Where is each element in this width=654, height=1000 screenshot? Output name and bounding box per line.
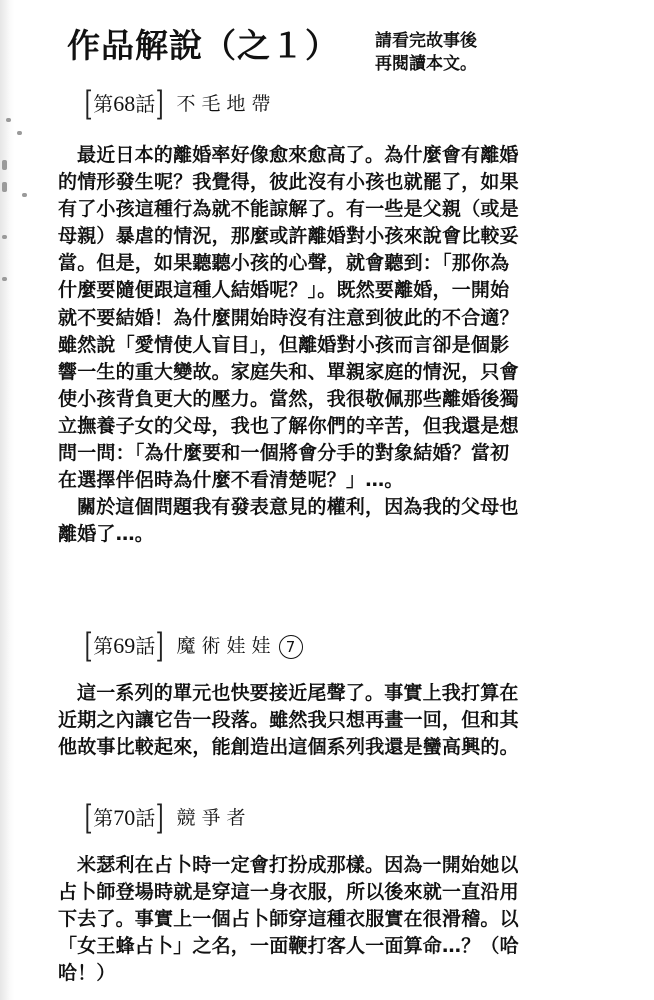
scan-speck [2, 160, 7, 170]
episode-prefix: 第 [93, 636, 113, 658]
text-line: 立撫養子女的父母，我也了解你們的辛苦，但我還是想 [39, 413, 583, 440]
episode-68-body: 最近日本的離婚率好像愈來愈高了。為什麼會有離婚 的情形發生呢？我覺得，彼此沒有小… [58, 142, 583, 548]
episode-number: 70 [113, 805, 135, 830]
text-line: 關於這個問題我有發表意見的權利，因為我的父母也 [58, 494, 583, 521]
episode-suffix: 話 [135, 808, 155, 830]
episode-69-heading: [ 第69話 ] 魔術娃娃7 [82, 628, 303, 664]
bracket-open: [ [85, 628, 93, 664]
bracket-open: [ [85, 800, 93, 836]
episode-label: 第70話 [93, 800, 155, 837]
episode-suffix: 話 [135, 636, 155, 658]
text-line: 有了小孩這種行為就不能諒解了。有一些是父親（或是 [39, 196, 583, 223]
text-line: 近期之內讓它告一段落。雖然我只想再畫一回，但和其 [39, 707, 583, 734]
bracket-close: ] [156, 628, 164, 664]
paragraph: 這一系列的單元也快要接近尾聲了。事實上我打算在 近期之內讓它告一段落。雖然我只想… [58, 680, 583, 761]
text-line: 在選擇伴侶時為什麼不看清楚呢？」…。 [39, 467, 583, 494]
scan-speck [17, 131, 22, 135]
text-line: 他故事比較起來，能創造出這個系列我還是蠻高興的。 [39, 734, 583, 761]
text-line: 哈！） [39, 960, 583, 987]
bracket-close: ] [156, 86, 164, 122]
scan-speck [6, 118, 11, 122]
text-line: 雖然說「愛情使人盲目」，但離婚對小孩而言卻是個影 [39, 332, 583, 359]
text-line: 的情形發生呢？我覺得，彼此沒有小孩也就罷了，如果 [39, 169, 583, 196]
text-line: 當。但是，如果聽聽小孩的心聲，就會聽到：「那你為 [39, 250, 583, 277]
episode-title: 魔術娃娃7 [177, 628, 303, 664]
episode-suffix: 話 [135, 94, 155, 116]
text-line: 響一生的重大變故。家庭失和、單親家庭的情況，只會 [39, 359, 583, 386]
paragraph: 最近日本的離婚率好像愈來愈高了。為什麼會有離婚 的情形發生呢？我覺得，彼此沒有小… [58, 142, 583, 494]
text-line: 占卜師登場時就是穿這一身衣服，所以後來就一直沿用 [39, 879, 583, 906]
text-line: 什麼要隨便跟這種人結婚呢？」。既然要離婚，一開始 [39, 277, 583, 304]
text-line: 母親）暴虐的情況，那麼或許離婚對小孩來說會比較妥 [39, 223, 583, 250]
text-line: 問一問：「為什麼要和一個將會分手的對象結婚？當初 [39, 440, 583, 467]
scan-speck [22, 193, 27, 197]
page-header: 作品解說（之１） 請看完故事後 再閱讀本文。 [67, 24, 477, 76]
text-line: 下去了。事實上一個占卜師穿這種衣服實在很滑稽。以 [39, 906, 583, 933]
scan-speck [2, 277, 7, 281]
episode-label: 第69話 [93, 628, 155, 665]
page-binding-edge [0, 0, 14, 1000]
scan-speck [2, 235, 7, 239]
episode-70-body: 米瑟利在占卜時一定會打扮成那樣。因為一開始她以 占卜師登場時就是穿這一身衣服，所… [58, 852, 583, 987]
reading-note-line-2: 再閱讀本文。 [375, 53, 477, 76]
episode-69-body: 這一系列的單元也快要接近尾聲了。事實上我打算在 近期之內讓它告一段落。雖然我只想… [58, 680, 583, 761]
episode-prefix: 第 [93, 94, 113, 116]
text-line: 「女王蜂占卜」之名，一面鞭打客人一面算命…？（哈 [39, 933, 583, 960]
episode-prefix: 第 [93, 808, 113, 830]
episode-number: 68 [113, 91, 135, 116]
episode-title: 競爭者 [177, 800, 252, 836]
episode-title: 不毛地帶 [177, 86, 277, 122]
paragraph: 米瑟利在占卜時一定會打扮成那樣。因為一開始她以 占卜師登場時就是穿這一身衣服，所… [58, 852, 583, 987]
text-line: 使小孩背負更大的壓力。當然，我很敬佩那些離婚後獨 [39, 386, 583, 413]
scan-speck [2, 182, 7, 192]
paragraph: 關於這個問題我有發表意見的權利，因為我的父母也 離婚了…。 [58, 494, 583, 548]
text-line: 就不要結婚！為什麼開始時沒有注意到彼此的不合適？ [39, 305, 583, 332]
episode-label: 第68話 [93, 86, 155, 123]
reading-note: 請看完故事後 再閱讀本文。 [375, 30, 477, 76]
episode-title-text: 魔術娃娃 [177, 635, 277, 657]
text-line: 米瑟利在占卜時一定會打扮成那樣。因為一開始她以 [58, 852, 583, 879]
text-line: 最近日本的離婚率好像愈來愈高了。為什麼會有離婚 [58, 142, 583, 169]
page-title: 作品解說（之１） [67, 24, 339, 68]
episode-70-heading: [ 第70話 ] 競爭者 [82, 800, 252, 836]
bracket-close: ] [156, 800, 164, 836]
text-line: 離婚了…。 [39, 521, 583, 548]
circled-number-badge: 7 [279, 635, 303, 659]
episode-68-heading: [ 第68話 ] 不毛地帶 [82, 86, 277, 122]
bracket-open: [ [85, 86, 93, 122]
reading-note-line-1: 請看完故事後 [375, 30, 477, 53]
text-line: 這一系列的單元也快要接近尾聲了。事實上我打算在 [58, 680, 583, 707]
episode-number: 69 [113, 633, 135, 658]
